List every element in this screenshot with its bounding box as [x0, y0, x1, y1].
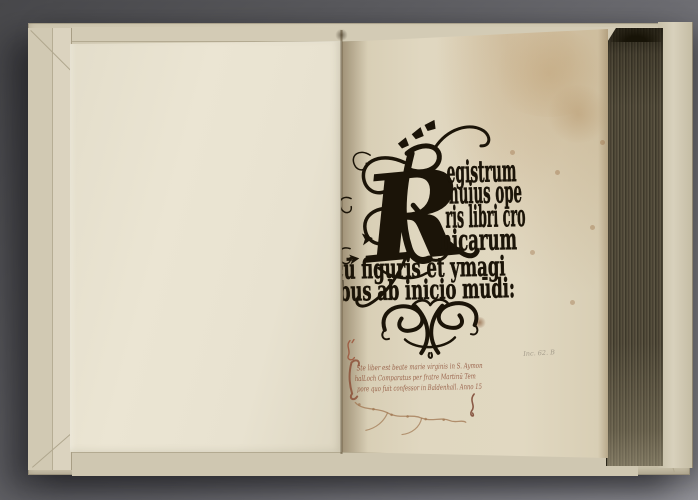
- left-blank-page: [70, 38, 342, 452]
- knot-tail: [429, 353, 432, 358]
- vine-branch: [402, 418, 422, 434]
- ownership-inscription: Ste liber est beate marie virginis in S.…: [349, 358, 483, 399]
- knot-right-curl: [438, 303, 476, 328]
- back-cover-edge: [658, 22, 693, 468]
- marginal-ornament: [348, 340, 355, 360]
- title-page-calligraphy: R egistrum huius ope ris libri cro nicar…: [338, 26, 613, 460]
- cover-turn-in-fold-edge: [52, 28, 71, 470]
- fore-edge-top-recess: [611, 28, 661, 42]
- flourish-dart: [412, 127, 424, 139]
- cover-turn-in-left: [28, 28, 72, 470]
- hairline-spiral: [340, 197, 352, 212]
- fore-edge-shading: [607, 28, 663, 466]
- inscription-line-2: halLoch Comparatus per fratre Martinū Te…: [355, 372, 476, 384]
- text-block-fore-edge: [606, 28, 663, 466]
- vine-branch: [366, 413, 388, 430]
- pen-squiggle-mark: [470, 394, 474, 416]
- inscription-line-3: pore quo fuit confessor in Baldenhall. A…: [357, 382, 482, 394]
- pencil-shelfmark-note: Inc. 62. B: [522, 348, 555, 358]
- flourish-dart: [424, 120, 435, 131]
- vine-stem: [355, 400, 465, 424]
- inscription-line-1: Ste liber est beate marie virginis in S.…: [356, 361, 482, 373]
- calligraphic-knot: [382, 299, 478, 359]
- photo-open-book: R egistrum huius ope ris libri cro nicar…: [0, 0, 698, 500]
